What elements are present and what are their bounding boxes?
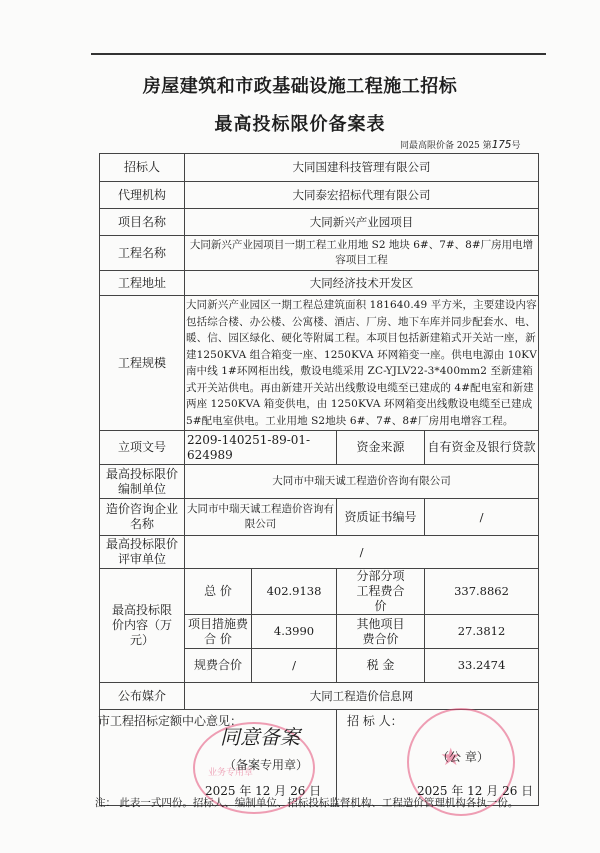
center-opinion-cell: 市工程招标定额中心意见： 业务专用章 同意备案 （备案专用章） 2025 年 1… — [100, 710, 337, 806]
label-consultant: 造价咨询企业名称 — [100, 499, 185, 536]
label-other-price: 其他项目费合价 — [337, 615, 425, 649]
tenderer-stamp-caption: （公 章） — [437, 750, 489, 765]
value-tenderer: 大同国建科技管理有限公司 — [185, 154, 539, 182]
value-project-name: 大同新兴产业园项目 — [185, 209, 539, 236]
value-engineering-name: 大同新兴产业园项目一期工程工业用地 S2 地块 6#、7#、8#厂房用电增容项目… — [185, 236, 539, 271]
center-stamp-caption: （备案专用章） — [224, 758, 308, 773]
row-compiler: 最高投标限价编制单位 大同市中瑞天诚工程造价咨询有限公司 — [100, 465, 539, 499]
label-engineering-scale: 工程规模 — [100, 296, 185, 431]
label-tenderer: 招标人 — [100, 154, 185, 182]
row-project-name: 项目名称 大同新兴产业园项目 — [100, 209, 539, 236]
label-approval-no: 立项文号 — [100, 431, 185, 465]
label-measures-price: 项目措施费合 价 — [185, 615, 252, 649]
row-tenderer: 招标人 大同国建科技管理有限公司 — [100, 154, 539, 182]
label-agency: 代理机构 — [100, 182, 185, 209]
document-subtitle: 最高投标限价备案表 — [0, 110, 600, 136]
value-subitem-price: 337.8862 — [425, 569, 539, 615]
label-project-name: 项目名称 — [100, 209, 185, 236]
doc-number-prefix: 同最高限价备 2025 第 — [400, 141, 492, 151]
tenderer-signature-title: 招 标 人： — [347, 714, 403, 729]
row-signatures: 市工程招标定额中心意见： 业务专用章 同意备案 （备案专用章） 2025 年 1… — [100, 710, 539, 806]
label-publish-media: 公布媒介 — [100, 683, 185, 710]
value-agency: 大同泰宏招标代理有限公司 — [185, 182, 539, 209]
footnote: 注： 此表一式四份。招标人、编制单位、招标投标监督机构、工程造价管理机构各执一份… — [95, 795, 518, 810]
value-approval-no: 2209-140251-89-01-624989 — [185, 431, 337, 465]
row-reviewer: 最高投标限价评审单位 / — [100, 536, 539, 569]
label-engineering-address: 工程地址 — [100, 271, 185, 296]
filing-table: 招标人 大同国建科技管理有限公司 代理机构 大同泰宏招标代理有限公司 项目名称 … — [99, 153, 539, 806]
row-engineering-address: 工程地址 大同经济技术开发区 — [100, 271, 539, 296]
row-engineering-scale: 工程规模 大同新兴产业园区一期工程总建筑面积 181640.49 平方米，主要建… — [100, 296, 539, 431]
value-reviewer: / — [185, 536, 539, 569]
top-rule — [91, 53, 546, 55]
row-approval-no: 立项文号 2209-140251-89-01-624989 资金来源 自有资金及… — [100, 431, 539, 465]
doc-number-suffix: 号 — [512, 141, 521, 151]
value-tax: 33.2474 — [425, 649, 539, 683]
value-publish-media: 大同工程造价信息网 — [185, 683, 539, 710]
value-measures-price: 4.3990 — [252, 615, 337, 649]
value-cert-no: / — [425, 499, 539, 536]
label-total-price: 总 价 — [185, 569, 252, 615]
row-price-1: 最高投标限价内容（万元） 总 价 402.9138 分部分项工程费合价 337.… — [100, 569, 539, 615]
value-total-price: 402.9138 — [252, 569, 337, 615]
document-title: 房屋建筑和市政基础设施工程施工招标 — [0, 72, 600, 98]
value-compiler: 大同市中瑞天诚工程造价咨询有限公司 — [185, 465, 539, 499]
label-engineering-name: 工程名称 — [100, 236, 185, 271]
label-tax: 税 金 — [337, 649, 425, 683]
document-number: 同最高限价备 2025 第175号 — [400, 138, 521, 151]
label-compiler: 最高投标限价编制单位 — [100, 465, 185, 499]
row-publish-media: 公布媒介 大同工程造价信息网 — [100, 683, 539, 710]
row-consultant: 造价咨询企业名称 大同市中瑞天诚工程造价咨询有限公司 资质证书编号 / — [100, 499, 539, 536]
label-price-content: 最高投标限价内容（万元） — [100, 569, 185, 683]
label-reviewer: 最高投标限价评审单位 — [100, 536, 185, 569]
value-fund-source: 自有资金及银行贷款 — [425, 431, 539, 465]
label-subitem-price: 分部分项工程费合价 — [337, 569, 425, 615]
value-consultant: 大同市中瑞天诚工程造价咨询有限公司 — [185, 499, 337, 536]
doc-number-value: 175 — [492, 138, 512, 151]
label-cert-no: 资质证书编号 — [337, 499, 425, 536]
tenderer-signature-cell: 招 标 人： ★ （公 章） 2025 年 12 月 26 日 — [337, 710, 539, 806]
label-fees-price: 规费合价 — [185, 649, 252, 683]
value-other-price: 27.3812 — [425, 615, 539, 649]
value-engineering-address: 大同经济技术开发区 — [185, 271, 539, 296]
value-engineering-scale: 大同新兴产业园区一期工程总建筑面积 181640.49 平方米，主要建设内容包括… — [185, 296, 539, 431]
value-fees-price: / — [252, 649, 337, 683]
row-engineering-name: 工程名称 大同新兴产业园项目一期工程工业用地 S2 地块 6#、7#、8#厂房用… — [100, 236, 539, 271]
row-agency: 代理机构 大同泰宏招标代理有限公司 — [100, 182, 539, 209]
label-fund-source: 资金来源 — [337, 431, 425, 465]
handwritten-approval: 同意备案 — [220, 730, 300, 745]
